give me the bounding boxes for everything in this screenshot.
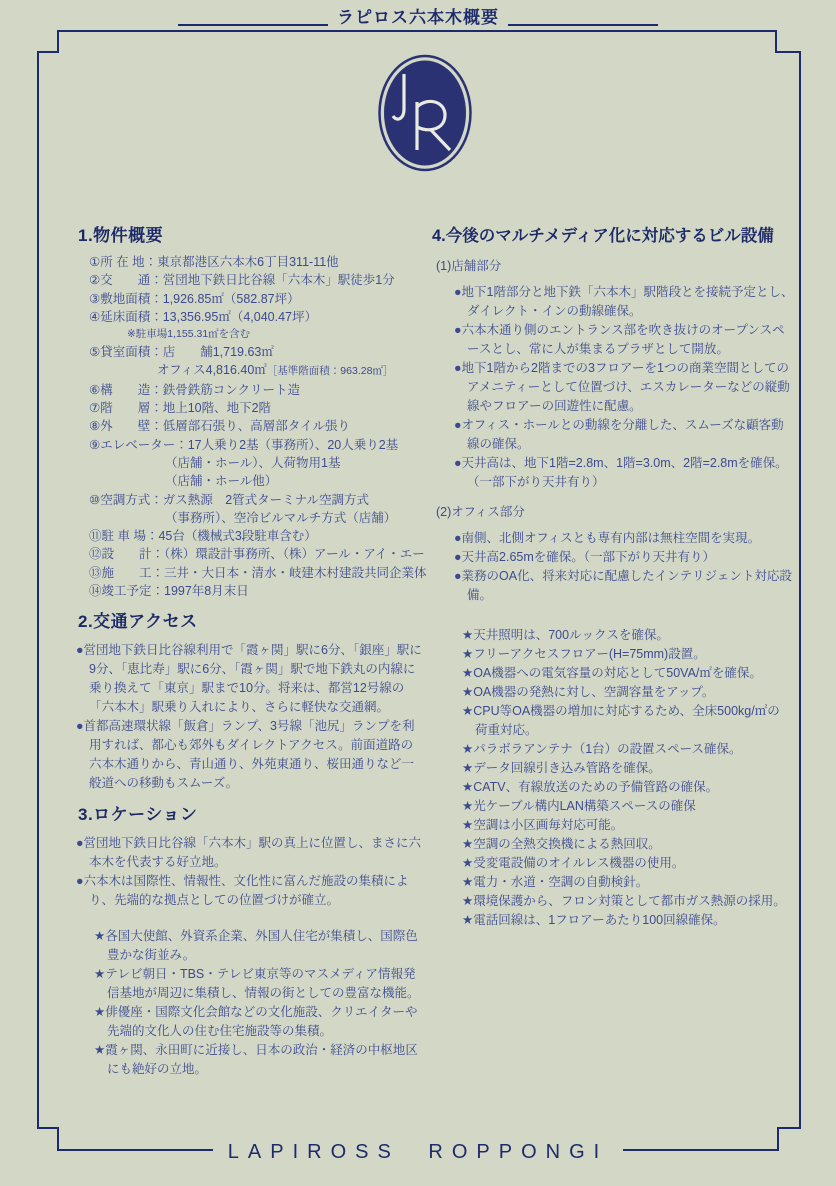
shop-bullet-list: ●地下1階部分と地下鉄「六本木」駅階段とを接続予定とし、ダイレクト・インの動線確… (454, 283, 796, 492)
text-line: ③敷地面積：1,926.85㎡（582.87坪） (89, 290, 428, 308)
text-line: ⑤貸室面積：店 舗1,719.63㎡ (89, 343, 428, 361)
property-list: ①所 在 地：東京都港区六本木6丁目311-11他②交 通：営団地下鉄日比谷線「… (89, 253, 428, 600)
text-line: ②交 通：営団地下鉄日比谷線「六本木」駅徒歩1分 (89, 271, 428, 289)
section-access: 2.交通アクセス ●営団地下鉄日比谷線利用で「霞ヶ関」駅に6分、「銀座」駅に9分… (76, 610, 428, 793)
masthead-rule-right (508, 24, 658, 26)
text-line: オフィス4,816.40㎡［基準階面積：963.28㎡］ (89, 361, 428, 380)
facilities-star-list: ★天井照明は、700ルックスを確保。★フリーアクセスフロアー(H=75mm)設置… (462, 626, 792, 930)
text-line: ⑥構 造：鉄骨鉄筋コンクリート造 (89, 381, 428, 399)
text-line: ⑬施 工：三井・大日本・清水・岐建木村建設共同企業体 (89, 564, 428, 582)
text-line: ★パラボラアンテナ（1台）の設置スペース確保。 (462, 740, 792, 759)
text-line: ●天井高は、地下1階=2.8m、1階=3.0m、2階=2.8mを確保。（一部下が… (454, 454, 796, 492)
right-column: 4.今後のマルチメディア化に対応するビル設備 (1)店舗部分 ●地下1階部分と地… (430, 224, 804, 930)
text-line: ★フリーアクセスフロアー(H=75mm)設置。 (462, 645, 792, 664)
text-line: ★電力・水道・空調の自動検針。 (462, 873, 792, 892)
text-line: ④延床面積：13,356.95㎡（4,040.47坪） (89, 308, 428, 326)
text-line: ★データ回線引き込み管路を確保。 (462, 759, 792, 778)
text-line: ★俳優座・国際文化会館などの文化施設、クリエイターや先端的文化人の住む住宅施設等… (94, 1003, 424, 1041)
location-bullet-list: ●営団地下鉄日比谷線「六本木」駅の真上に位置し、まさに六本木を代表する好立地。●… (76, 834, 422, 910)
text-line: ⑨エレベーター：17人乗り2基（事務所）、20人乗り2基 (89, 436, 428, 454)
masthead-rule-left (178, 24, 328, 26)
location-star-list: ★各国大使館、外資系企業、外国人住宅が集積し、国際色豊かな街並み。★テレビ朝日・… (94, 927, 424, 1079)
text-line: ※駐車場1,155.31㎡を含む (89, 326, 428, 343)
access-bullet-list: ●営団地下鉄日比谷線利用で「霞ヶ関」駅に6分、「銀座」駅に9分、「恵比寿」駅に6… (76, 641, 422, 793)
left-column: 1.物件概要 ①所 在 地：東京都港区六本木6丁目311-11他②交 通：営団地… (76, 224, 428, 1079)
text-line: （店舗・ホール）、人荷物用1基 (89, 454, 428, 472)
text-line: ★電話回線は、1フロアーあたり100回線確保。 (462, 911, 792, 930)
text-line: ⑪駐 車 場：45台（機械式3段駐車含む） (89, 527, 428, 545)
group-label-office: (2)オフィス部分 (436, 503, 804, 522)
text-line: ●天井高2.65mを確保。（一部下がり天井有り） (454, 548, 796, 567)
section-heading-property: 1.物件概要 (76, 224, 428, 248)
text-line: ●営団地下鉄日比谷線「六本木」駅の真上に位置し、まさに六本木を代表する好立地。 (76, 834, 422, 872)
text-line: （事務所）、空冷ビルマルチ方式（店舗） (89, 509, 428, 527)
text-line: ★テレビ朝日・TBS・テレビ東京等のマスメディア情報発信基地が周辺に集積し、情報… (94, 965, 424, 1003)
masthead: ラピロス六本木概要 (0, 6, 836, 30)
text-line: ●営団地下鉄日比谷線利用で「霞ヶ関」駅に6分、「銀座」駅に9分、「恵比寿」駅に6… (76, 641, 422, 717)
document-title: ラピロス六本木概要 (337, 6, 499, 30)
footer: LAPIROSS ROPPONGI (0, 1141, 836, 1164)
group-label-shop: (1)店舗部分 (436, 257, 804, 276)
text-line: ★環境保護から、フロン対策として都市ガス熱源の採用。 (462, 892, 792, 911)
logo-oval (384, 61, 466, 166)
section-facilities: 4.今後のマルチメディア化に対応するビル設備 (1)店舗部分 ●地下1階部分と地… (430, 224, 804, 930)
text-line: ●オフィス・ホールとの動線を分離した、スムーズな顧客動線の確保。 (454, 416, 796, 454)
section-heading-location: 3.ロケーション (76, 803, 428, 827)
text-line: ★霞ヶ関、永田町に近接し、日本の政治・経済の中枢地区にも絶好の立地。 (94, 1041, 424, 1079)
text-line: ●首都高速環状線「飯倉」ランプ、3号線「池尻」ランプを利用すれば、都心も郊外もダ… (76, 717, 422, 793)
text-line: ★各国大使館、外資系企業、外国人住宅が集積し、国際色豊かな街並み。 (94, 927, 424, 965)
text-line: ★空調の全熱交換機による熱回収。 (462, 835, 792, 854)
section-heading-facilities: 4.今後のマルチメディア化に対応するビル設備 (430, 224, 804, 248)
text-line: ●六本木通り側のエントランス部を吹き抜けのオープンスペースとし、常に人が集まるプ… (454, 321, 796, 359)
document-page: ラピロス六本木概要 1.物件概要 ①所 在 地：東京都港区六本木6丁目311-1… (0, 0, 836, 1186)
text-line: ★受変電設備のオイルレス機器の使用。 (462, 854, 792, 873)
text-line: ★光ケーブル構内LAN構築スペースの確保 (462, 797, 792, 816)
text-line: ⑧外 壁：低層部石張り、高層部タイル張り (89, 417, 428, 435)
section-heading-access: 2.交通アクセス (76, 610, 428, 634)
text-line: ★天井照明は、700ルックスを確保。 (462, 626, 792, 645)
text-line: ★OA機器の発熱に対し、空調容量をアップ。 (462, 683, 792, 702)
section-property-overview: 1.物件概要 ①所 在 地：東京都港区六本木6丁目311-11他②交 通：営団地… (76, 224, 428, 600)
text-line: ●六本木は国際性、情報性、文化性に富んだ施設の集積により、先端的な拠点としての位… (76, 872, 422, 910)
text-line: ●業務のOA化、将来対応に配慮したインテリジェント対応設備。 (454, 567, 796, 605)
text-line: ★CATV、有線放送のための予備管路の確保。 (462, 778, 792, 797)
footer-brand: LAPIROSS ROPPONGI (213, 1141, 623, 1164)
office-bullet-list: ●南側、北側オフィスとも専有内部は無柱空間を実現。●天井高2.65mを確保。（一… (454, 529, 796, 605)
facilities-group-office: (2)オフィス部分 ●南側、北側オフィスとも専有内部は無柱空間を実現。●天井高2… (430, 503, 804, 605)
text-line: （店舗・ホール他） (89, 472, 428, 490)
section-location: 3.ロケーション ●営団地下鉄日比谷線「六本木」駅の真上に位置し、まさに六本木を… (76, 803, 428, 1079)
text-line: ★空調は小区画毎対応可能。 (462, 816, 792, 835)
text-line: ①所 在 地：東京都港区六本木6丁目311-11他 (89, 253, 428, 271)
text-line: ⑦階 層：地上10階、地下2階 (89, 399, 428, 417)
text-line: ●地下1階部分と地下鉄「六本木」駅階段とを接続予定とし、ダイレクト・インの動線確… (454, 283, 796, 321)
text-line: ●地下1階から2階までの3フロアーを1つの商業空間としてのアメニティーとして位置… (454, 359, 796, 416)
text-line: ★CPU等OA機器の増加に対応するため、全床500kg/㎡の荷重対応。 (462, 702, 792, 740)
facilities-group-shop: (1)店舗部分 ●地下1階部分と地下鉄「六本木」駅階段とを接続予定とし、ダイレク… (430, 257, 804, 492)
text-line: ★OA機器への電気容量の対応として50VA/㎡を確保。 (462, 664, 792, 683)
text-line: ⑭竣工予定：1997年8月末日 (89, 582, 428, 600)
text-line: ●南側、北側オフィスとも専有内部は無柱空間を実現。 (454, 529, 796, 548)
text-line: ⑫設 計：（株）環設計事務所、（株）アール・アイ・エー (89, 545, 428, 563)
text-line: ⑩空調方式：ガス熱源 2管式ターミナル空調方式 (89, 491, 428, 509)
